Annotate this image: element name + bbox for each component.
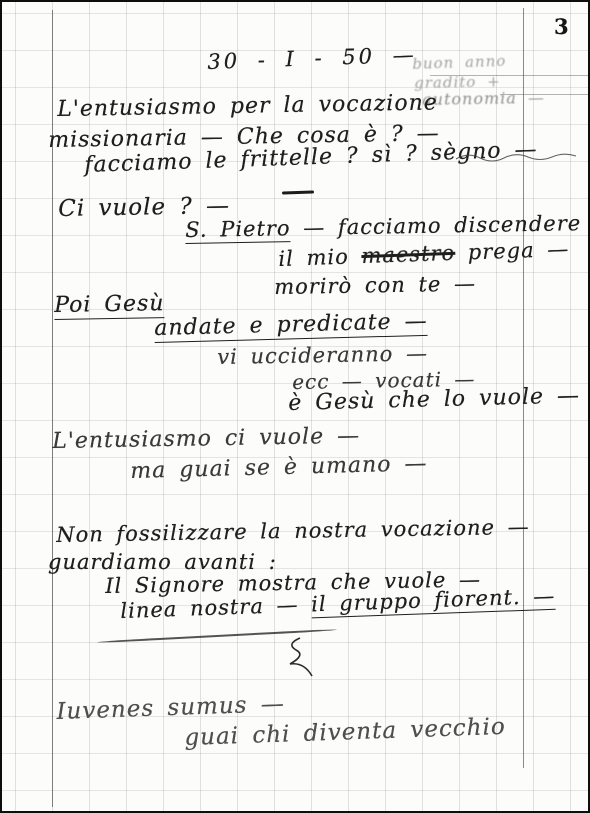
crossed-out-word: maestro xyxy=(361,241,456,268)
emphasis-dash xyxy=(282,190,314,194)
handwritten-line: guai chi diventa vecchio xyxy=(184,714,506,751)
page-number: 3 xyxy=(554,14,570,39)
handwritten-line: Iuvenes sumus — xyxy=(56,691,285,725)
handwritten-line: ma guai se è umano — xyxy=(130,451,428,484)
handwritten-line: L'entusiasmo per la vocazione xyxy=(57,90,438,122)
handwritten-line: Poi Gesù xyxy=(54,291,165,318)
underlined-phrase: andate e predicate — xyxy=(154,309,428,343)
handwritten-line: vi uccideranno — xyxy=(217,341,428,369)
date-heading: 30 - I - 50 — xyxy=(207,43,417,74)
handwritten-line: S. Pietro — facciamo discendere il fuoco… xyxy=(185,209,590,242)
pen-flourish xyxy=(270,634,318,678)
underlined-phrase: Poi Gesù xyxy=(54,291,165,320)
line-text: — facciamo discendere il fuoco ? xyxy=(290,209,590,240)
wavy-stroke xyxy=(454,150,584,166)
underlined-phrase: S. Pietro xyxy=(185,216,291,244)
handwritten-line: andate e predicate — xyxy=(154,309,428,341)
handwritten-line: guardiamo avanti : xyxy=(48,550,277,574)
line-text: prega — xyxy=(455,237,570,265)
faint-annotation: buon anno xyxy=(412,52,507,73)
handwritten-line: L'entusiasmo ci vuole — xyxy=(52,424,360,454)
handwritten-line: il mio maestro prega — xyxy=(278,237,570,271)
faint-annotation: autonomia — xyxy=(422,88,545,109)
line-text: il mio xyxy=(278,244,362,271)
manuscript-page: 3 30 - I - 50 — buon anno gradito + auto… xyxy=(0,0,590,813)
handwritten-line: morirò con te — xyxy=(274,271,476,299)
handwritten-line: Non fossilizzare la nostra vocazione — xyxy=(56,515,530,547)
